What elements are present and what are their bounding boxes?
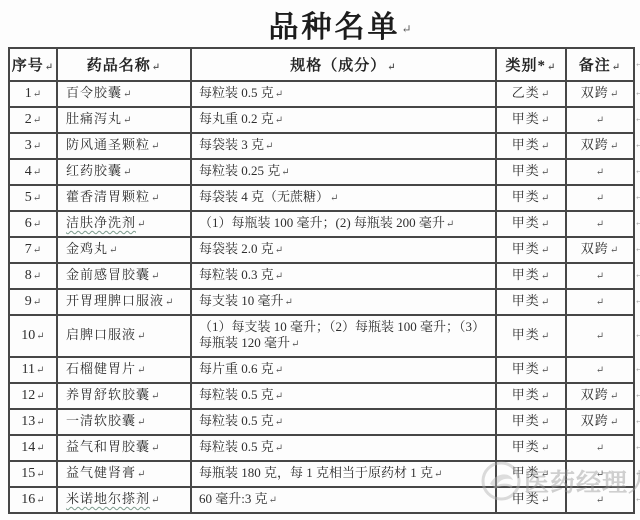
note-cell: 双跨↵ (566, 237, 634, 263)
table-row: 12↵ 养胃舒软胶囊↵ 每粒装 0.5 克↵ 甲类↵ 双跨↵ (9, 383, 634, 409)
paragraph-mark-icon: ↵ (596, 271, 605, 282)
category-cell: 乙类↵ (496, 81, 566, 107)
drug-table: 序号↵ 药品名称↵ 规格（成分）↵ 类别*↵ 备注↵ 1↵ 百令胶囊↵ 每粒装 … (8, 47, 635, 514)
category-text: 甲类 (512, 293, 540, 308)
row-number-cell: 11↵ (9, 357, 57, 383)
paragraph-mark-icon: ↵ (610, 417, 619, 428)
paragraph-mark-icon: ↵ (541, 297, 550, 308)
category-cell: 甲类↵ (496, 289, 566, 315)
drug-name-cell: 防风通圣颗粒↵ (57, 133, 191, 159)
row-end-mark-icon: ↵ (635, 218, 640, 229)
drug-name: 米诺地尔搽剂 (66, 491, 150, 506)
paragraph-mark-icon: ↵ (137, 331, 146, 342)
paragraph-mark-icon: ↵ (45, 62, 54, 73)
category-text: 甲类 (512, 491, 540, 506)
header-note: 备注↵ (566, 48, 634, 81)
category-cell: 甲类↵ (496, 237, 566, 263)
drug-name-cell: 石榴健胃片↵ (57, 357, 191, 383)
row-number: 4 (25, 164, 32, 179)
category-cell: 甲类↵ (496, 211, 566, 237)
paragraph-mark-icon: ↵ (596, 469, 605, 480)
paragraph-mark-icon: ↵ (541, 331, 550, 342)
spec-text: 每丸重 0.2 克 (199, 111, 274, 126)
row-end-mark-icon: ↵ (635, 330, 640, 341)
drug-name: 金前感冒胶囊 (66, 267, 150, 282)
paragraph-mark-icon: ↵ (151, 141, 160, 152)
paragraph-mark-icon: ↵ (137, 469, 146, 480)
row-end-mark-icon: ↵ (635, 416, 640, 427)
note-cell: ↵ (566, 461, 634, 487)
drug-name: 石榴健胃片 (66, 361, 136, 376)
drug-name-cell: 藿香清胃颗粒↵ (57, 185, 191, 211)
drug-name: 防风通圣颗粒 (66, 137, 150, 152)
row-end-mark-icon: ↵ (635, 296, 640, 307)
drug-table-wrapper: 序号↵ 药品名称↵ 规格（成分）↵ 类别*↵ 备注↵ 1↵ 百令胶囊↵ 每粒装 … (8, 47, 635, 514)
row-number: 15 (21, 466, 35, 481)
paragraph-mark-icon: ↵ (596, 167, 605, 178)
paragraph-mark-icon: ↵ (269, 495, 277, 506)
drug-name-cell: 金鸡丸↵ (57, 237, 191, 263)
paragraph-mark-icon: ↵ (541, 391, 550, 402)
table-row: 8↵ 金前感冒胶囊↵ 每粒装 0.3 克↵ 甲类↵ ↵ (9, 263, 634, 289)
paragraph-mark-icon: ↵ (109, 245, 118, 256)
paragraph-mark-icon: ↵ (596, 297, 605, 308)
row-end-mark-icon: ↵ (635, 364, 640, 375)
paragraph-mark-icon: ↵ (541, 469, 550, 480)
row-number: 2 (25, 112, 32, 127)
spec-cell: 每袋装 4 克（无蔗糖）↵ (191, 185, 496, 211)
paragraph-mark-icon: ↵ (33, 141, 41, 152)
note-cell: ↵ (566, 289, 634, 315)
category-cell: 甲类↵ (496, 383, 566, 409)
paragraph-mark-icon: ↵ (541, 141, 550, 152)
paragraph-mark-icon: ↵ (401, 22, 411, 36)
row-number-cell: 6↵ (9, 211, 57, 237)
table-row: 6↵ 洁肤净洗剂↵ （1）每瓶装 100 毫升；(2) 每瓶装 200 毫升↵ … (9, 211, 634, 237)
paragraph-mark-icon: ↵ (541, 365, 550, 376)
paragraph-mark-icon: ↵ (330, 193, 338, 204)
row-number-cell: 16↵ (9, 487, 57, 513)
table-row: 11↵ 石榴健胃片↵ 每片重 0.6 克↵ 甲类↵ ↵ (9, 357, 634, 383)
drug-name-cell: 肚痛泻丸↵ (57, 107, 191, 133)
paragraph-mark-icon: ↵ (541, 443, 550, 454)
row-end-mark-icon: ↵ (635, 244, 640, 255)
spec-cell: （1）每支装 10 毫升；（2）每瓶装 100 毫升；（3）每瓶装 120 毫升… (191, 315, 496, 357)
paragraph-mark-icon: ↵ (36, 365, 44, 376)
row-number-cell: 10↵ (9, 315, 57, 357)
note-cell: 双跨↵ (566, 133, 634, 159)
paragraph-mark-icon: ↵ (33, 219, 41, 230)
paragraph-mark-icon: ↵ (36, 331, 44, 342)
spec-cell: 每片重 0.6 克↵ (191, 357, 496, 383)
category-text: 甲类 (512, 189, 540, 204)
drug-name: 益气健肾膏 (66, 465, 136, 480)
row-number: 14 (21, 440, 35, 455)
spec-text: 每瓶装 180 克，每 1 克相当于原药材 1 克 (199, 465, 433, 480)
category-text: 甲类 (512, 327, 540, 342)
note-text: 双跨 (581, 85, 609, 100)
note-cell: ↵ (566, 435, 634, 461)
table-row: 5↵ 藿香清胃颗粒↵ 每袋装 4 克（无蔗糖）↵ 甲类↵ ↵ (9, 185, 634, 211)
category-text: 甲类 (512, 111, 540, 126)
note-cell: ↵ (566, 263, 634, 289)
paragraph-mark-icon: ↵ (547, 62, 556, 73)
paragraph-mark-icon: ↵ (137, 417, 146, 428)
paragraph-mark-icon: ↵ (596, 219, 605, 230)
paragraph-mark-icon: ↵ (275, 365, 283, 376)
category-text: 甲类 (512, 163, 540, 178)
table-row: 1↵ 百令胶囊↵ 每粒装 0.5 克↵ 乙类↵ 双跨↵ (9, 81, 634, 107)
category-text: 甲类 (512, 361, 540, 376)
note-text: 双跨 (581, 413, 609, 428)
row-number: 11 (22, 362, 35, 377)
paragraph-mark-icon: ↵ (33, 89, 41, 100)
spec-text: （1）每瓶装 100 毫升；(2) 每瓶装 200 毫升 (199, 215, 445, 230)
spec-text: 每袋装 3 克 (199, 137, 264, 152)
category-text: 乙类 (512, 85, 540, 100)
drug-name-cell: 米诺地尔搽剂↵ (57, 487, 191, 513)
row-end-mark-icon: ↵ (635, 468, 640, 479)
drug-name-cell: 一清软胶囊↵ (57, 409, 191, 435)
spec-cell: 60 毫升:3 克↵ (191, 487, 496, 513)
spec-text: 每粒装 0.5 克 (199, 439, 274, 454)
spec-text: 每支装 10 毫升 (199, 293, 284, 308)
note-text: 双跨 (581, 137, 609, 152)
spec-text: 每片重 0.6 克 (199, 361, 274, 376)
paragraph-mark-icon: ↵ (165, 297, 174, 308)
paragraph-mark-icon: ↵ (541, 193, 550, 204)
row-number-cell: 1↵ (9, 81, 57, 107)
row-number-cell: 9↵ (9, 289, 57, 315)
table-row: 15↵ 益气健肾膏↵ 每瓶装 180 克，每 1 克相当于原药材 1 克↵ 甲类… (9, 461, 634, 487)
row-number: 1 (25, 86, 32, 101)
row-number-cell: 3↵ (9, 133, 57, 159)
category-cell: 甲类↵ (496, 315, 566, 357)
drug-name: 益气和胃胶囊 (66, 439, 150, 454)
paragraph-mark-icon: ↵ (610, 391, 619, 402)
table-row: 9↵ 开胃理脾口服液↵ 每支装 10 毫升↵ 甲类↵ ↵ (9, 289, 634, 315)
category-text: 甲类 (512, 241, 540, 256)
paragraph-mark-icon: ↵ (137, 365, 146, 376)
spec-cell: 每瓶装 180 克，每 1 克相当于原药材 1 克↵ (191, 461, 496, 487)
title-block: 品种名单↵ (0, 2, 640, 46)
note-cell: ↵ (566, 107, 634, 133)
note-text: 双跨 (581, 241, 609, 256)
category-text: 甲类 (512, 439, 540, 454)
category-cell: 甲类↵ (496, 185, 566, 211)
row-number: 3 (25, 138, 32, 153)
spec-text: （1）每支装 10 毫升；（2）每瓶装 100 毫升；（3）每瓶装 120 毫升 (199, 319, 485, 350)
category-cell: 甲类↵ (496, 107, 566, 133)
row-end-mark-icon: ↵ (635, 192, 640, 203)
paragraph-mark-icon: ↵ (596, 193, 605, 204)
category-cell: 甲类↵ (496, 487, 566, 513)
category-cell: 甲类↵ (496, 435, 566, 461)
category-cell: 甲类↵ (496, 357, 566, 383)
paragraph-mark-icon: ↵ (541, 115, 550, 126)
spec-text: 每粒装 0.3 克 (199, 267, 274, 282)
row-number: 16 (21, 492, 35, 507)
paragraph-mark-icon: ↵ (596, 331, 605, 342)
paragraph-mark-icon: ↵ (596, 443, 605, 454)
table-row: 13↵ 一清软胶囊↵ 每粒装 0.5 克↵ 甲类↵ 双跨↵ (9, 409, 634, 435)
note-cell: ↵ (566, 159, 634, 185)
paragraph-mark-icon: ↵ (151, 271, 160, 282)
paragraph-mark-icon: ↵ (33, 115, 41, 126)
row-number: 8 (25, 268, 32, 283)
row-number: 9 (25, 294, 32, 309)
row-number-cell: 8↵ (9, 263, 57, 289)
row-number: 6 (25, 216, 32, 231)
category-text: 甲类 (512, 413, 540, 428)
paragraph-mark-icon: ↵ (123, 115, 132, 126)
paragraph-mark-icon: ↵ (541, 417, 550, 428)
paragraph-mark-icon: ↵ (291, 339, 299, 350)
row-number: 10 (21, 328, 35, 343)
paragraph-mark-icon: ↵ (123, 167, 132, 178)
paragraph-mark-icon: ↵ (281, 167, 289, 178)
paragraph-mark-icon: ↵ (541, 245, 550, 256)
category-text: 甲类 (512, 267, 540, 282)
drug-name: 开胃理脾口服液 (66, 293, 164, 308)
row-end-mark-icon: ↵ (635, 114, 640, 125)
row-number-cell: 5↵ (9, 185, 57, 211)
row-end-mark-icon: ↵ (635, 390, 640, 401)
spec-cell: 每丸重 0.2 克↵ (191, 107, 496, 133)
drug-name-cell: 红药胶囊↵ (57, 159, 191, 185)
row-end-mark-icon: ↵ (635, 140, 640, 151)
paragraph-mark-icon: ↵ (275, 245, 283, 256)
paragraph-mark-icon: ↵ (33, 271, 41, 282)
paragraph-mark-icon: ↵ (151, 391, 160, 402)
spec-text: 60 毫升:3 克 (199, 491, 268, 506)
row-number: 13 (21, 414, 35, 429)
row-number: 12 (21, 388, 35, 403)
drug-name-cell: 百令胶囊↵ (57, 81, 191, 107)
paragraph-mark-icon: ↵ (33, 167, 41, 178)
paragraph-mark-icon: ↵ (36, 391, 44, 402)
page-title: 品种名单 (268, 2, 400, 46)
drug-name: 藿香清胃颗粒 (66, 189, 150, 204)
paragraph-mark-icon: ↵ (610, 89, 619, 100)
table-row: 2↵ 肚痛泻丸↵ 每丸重 0.2 克↵ 甲类↵ ↵ (9, 107, 634, 133)
paragraph-mark-icon: ↵ (137, 219, 146, 230)
category-cell: 甲类↵ (496, 263, 566, 289)
drug-name-cell: 益气健肾膏↵ (57, 461, 191, 487)
header-serial: 序号↵ (9, 48, 57, 81)
paragraph-mark-icon: ↵ (33, 297, 41, 308)
category-cell: 甲类↵ (496, 133, 566, 159)
note-cell: ↵ (566, 185, 634, 211)
table-row: 3↵ 防风通圣颗粒↵ 每袋装 3 克↵ 甲类↵ 双跨↵ (9, 133, 634, 159)
category-text: 甲类 (512, 387, 540, 402)
drug-name: 洁肤净洗剂 (66, 215, 136, 230)
paragraph-mark-icon: ↵ (446, 219, 454, 230)
drug-name: 一清软胶囊 (66, 413, 136, 428)
row-number: 5 (25, 190, 32, 205)
drug-name-cell: 洁肤净洗剂↵ (57, 211, 191, 237)
paragraph-mark-icon: ↵ (33, 193, 41, 204)
row-number-cell: 14↵ (9, 435, 57, 461)
drug-name-cell: 益气和胃胶囊↵ (57, 435, 191, 461)
paragraph-mark-icon: ↵ (610, 245, 619, 256)
row-number-cell: 2↵ (9, 107, 57, 133)
spec-text: 每袋装 2.0 克 (199, 241, 274, 256)
paragraph-mark-icon: ↵ (596, 115, 605, 126)
note-cell: 双跨↵ (566, 383, 634, 409)
paragraph-mark-icon: ↵ (123, 89, 132, 100)
spec-cell: 每粒装 0.3 克↵ (191, 263, 496, 289)
drug-name: 百令胶囊 (66, 85, 122, 100)
drug-name: 金鸡丸 (66, 241, 108, 256)
row-number-cell: 12↵ (9, 383, 57, 409)
drug-name-cell: 养胃舒软胶囊↵ (57, 383, 191, 409)
drug-name: 启脾口服液 (66, 327, 136, 342)
row-number-cell: 7↵ (9, 237, 57, 263)
paragraph-mark-icon: ↵ (151, 193, 160, 204)
category-text: 甲类 (512, 465, 540, 480)
spec-text: 每粒装 0.5 克 (199, 85, 274, 100)
spec-cell: 每支装 10 毫升↵ (191, 289, 496, 315)
paragraph-mark-icon: ↵ (541, 167, 550, 178)
paragraph-mark-icon: ↵ (275, 115, 283, 126)
paragraph-mark-icon: ↵ (275, 89, 283, 100)
drug-name: 肚痛泻丸 (66, 111, 122, 126)
drug-name: 养胃舒软胶囊 (66, 387, 150, 402)
row-number-cell: 13↵ (9, 409, 57, 435)
spec-cell: 每袋装 2.0 克↵ (191, 237, 496, 263)
paragraph-mark-icon: ↵ (151, 495, 160, 506)
row-number: 7 (25, 242, 32, 257)
drug-name: 红药胶囊 (66, 163, 122, 178)
category-cell: 甲类↵ (496, 409, 566, 435)
paragraph-mark-icon: ↵ (36, 417, 44, 428)
paragraph-mark-icon: ↵ (36, 443, 44, 454)
paragraph-mark-icon: ↵ (33, 245, 41, 256)
row-end-mark-icon: ↵ (635, 59, 640, 70)
table-row: 16↵ 米诺地尔搽剂↵ 60 毫升:3 克↵ 甲类↵ ↵ (9, 487, 634, 513)
paragraph-mark-icon: ↵ (275, 443, 283, 454)
paragraph-mark-icon: ↵ (541, 495, 550, 506)
paragraph-mark-icon: ↵ (285, 297, 293, 308)
spec-cell: 每粒装 0.5 克↵ (191, 409, 496, 435)
paragraph-mark-icon: ↵ (596, 495, 605, 506)
table-row: 14↵ 益气和胃胶囊↵ 每粒装 0.5 克↵ 甲类↵ ↵ (9, 435, 634, 461)
spec-cell: 每粒装 0.5 克↵ (191, 435, 496, 461)
note-cell: ↵ (566, 487, 634, 513)
paragraph-mark-icon: ↵ (434, 469, 442, 480)
paragraph-mark-icon: ↵ (275, 391, 283, 402)
paragraph-mark-icon: ↵ (265, 141, 273, 152)
drug-name-cell: 启脾口服液↵ (57, 315, 191, 357)
category-text: 甲类 (512, 137, 540, 152)
category-text: 甲类 (512, 215, 540, 230)
table-row: 7↵ 金鸡丸↵ 每袋装 2.0 克↵ 甲类↵ 双跨↵ (9, 237, 634, 263)
note-text: 双跨 (581, 387, 609, 402)
paragraph-mark-icon: ↵ (275, 417, 283, 428)
row-number-cell: 4↵ (9, 159, 57, 185)
spec-cell: 每粒装 0.5 克↵ (191, 383, 496, 409)
spec-text: 每袋装 4 克（无蔗糖） (199, 189, 329, 204)
spec-cell: （1）每瓶装 100 毫升；(2) 每瓶装 200 毫升↵ (191, 211, 496, 237)
category-cell: 甲类↵ (496, 461, 566, 487)
row-end-mark-icon: ↵ (635, 270, 640, 281)
paragraph-mark-icon: ↵ (596, 365, 605, 376)
note-cell: ↵ (566, 315, 634, 357)
spec-cell: 每袋装 3 克↵ (191, 133, 496, 159)
drug-name-cell: 金前感冒胶囊↵ (57, 263, 191, 289)
paragraph-mark-icon: ↵ (152, 62, 161, 73)
row-end-mark-icon: ↵ (635, 494, 640, 505)
row-number-cell: 15↵ (9, 461, 57, 487)
paragraph-mark-icon: ↵ (151, 443, 160, 454)
spec-text: 每粒装 0.5 克 (199, 387, 274, 402)
note-cell: ↵ (566, 211, 634, 237)
note-cell: 双跨↵ (566, 409, 634, 435)
table-row: 4↵ 红药胶囊↵ 每粒装 0.25 克↵ 甲类↵ ↵ (9, 159, 634, 185)
note-cell: ↵ (566, 357, 634, 383)
paragraph-mark-icon: ↵ (541, 89, 550, 100)
paragraph-mark-icon: ↵ (541, 271, 550, 282)
paragraph-mark-icon: ↵ (36, 495, 44, 506)
row-end-mark-icon: ↵ (635, 442, 640, 453)
row-end-mark-icon: ↵ (635, 88, 640, 99)
category-cell: 甲类↵ (496, 159, 566, 185)
header-spec: 规格（成分）↵ (191, 48, 496, 81)
header-drug-name: 药品名称↵ (57, 48, 191, 81)
row-end-mark-icon: ↵ (635, 166, 640, 177)
spec-cell: 每粒装 0.25 克↵ (191, 159, 496, 185)
paragraph-mark-icon: ↵ (610, 141, 619, 152)
note-cell: 双跨↵ (566, 81, 634, 107)
spec-text: 每粒装 0.5 克 (199, 413, 274, 428)
paragraph-mark-icon: ↵ (612, 62, 621, 73)
table-header-row: 序号↵ 药品名称↵ 规格（成分）↵ 类别*↵ 备注↵ (9, 48, 634, 81)
paragraph-mark-icon: ↵ (387, 62, 396, 73)
spec-text: 每粒装 0.25 克 (199, 163, 280, 178)
paragraph-mark-icon: ↵ (541, 219, 550, 230)
header-category: 类别*↵ (496, 48, 566, 81)
document-page: 品种名单↵ 序号↵ 药品名称↵ 规格（成分）↵ 类别*↵ 备注↵ 1↵ 百令胶囊… (0, 0, 640, 520)
drug-name-cell: 开胃理脾口服液↵ (57, 289, 191, 315)
paragraph-mark-icon: ↵ (275, 271, 283, 282)
spec-cell: 每粒装 0.5 克↵ (191, 81, 496, 107)
paragraph-mark-icon: ↵ (36, 469, 44, 480)
table-row: 10↵ 启脾口服液↵ （1）每支装 10 毫升；（2）每瓶装 100 毫升；（3… (9, 315, 634, 357)
